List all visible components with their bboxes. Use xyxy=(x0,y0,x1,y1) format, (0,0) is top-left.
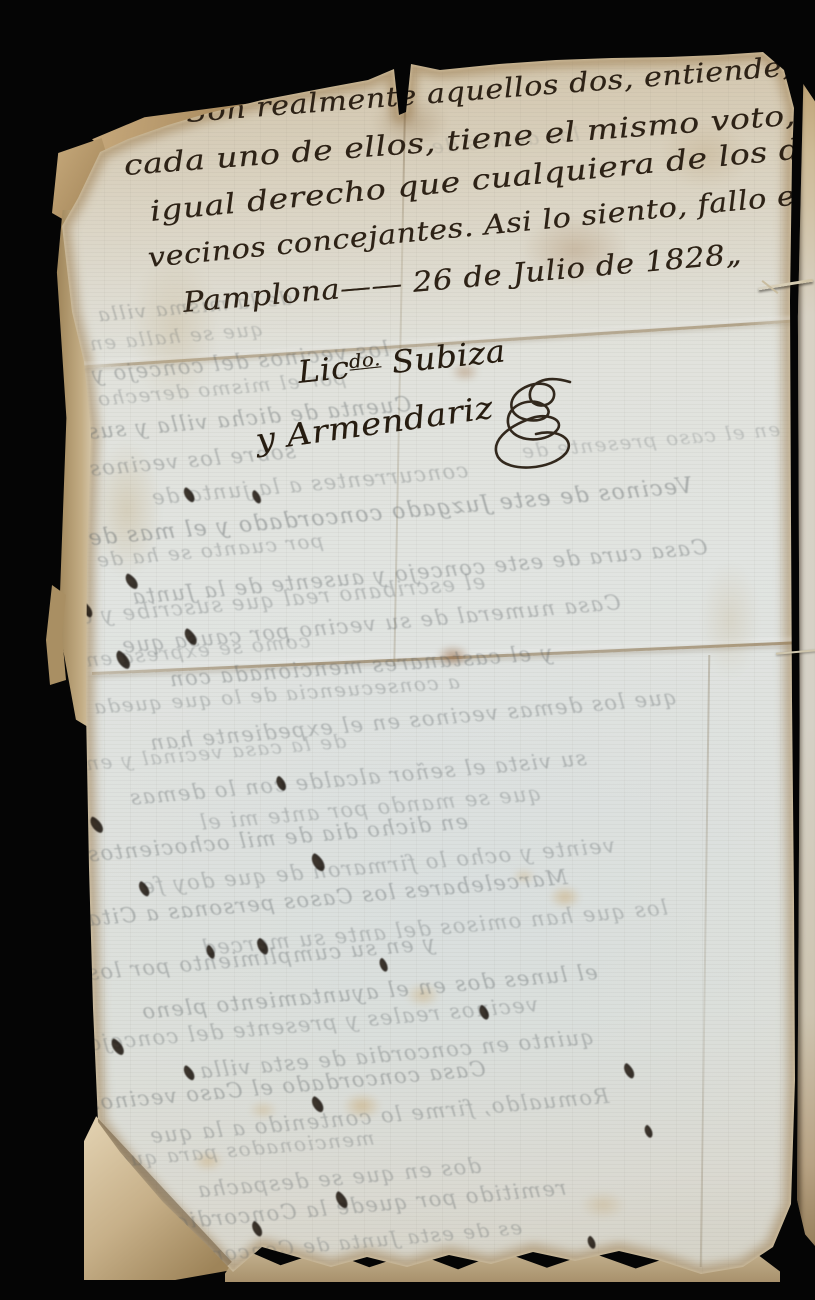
stain xyxy=(700,560,760,680)
rubric-flourish xyxy=(448,368,580,478)
signature-prefix: Lic xyxy=(296,350,351,391)
manuscript-page: los demas dede la misma villaque se hall… xyxy=(0,0,815,1300)
manuscript-photo: los demas dede la misma villaque se hall… xyxy=(0,0,815,1300)
signature-superscript: do. xyxy=(348,349,382,373)
adjacent-page-edge xyxy=(797,84,815,1246)
stain xyxy=(580,1190,626,1220)
